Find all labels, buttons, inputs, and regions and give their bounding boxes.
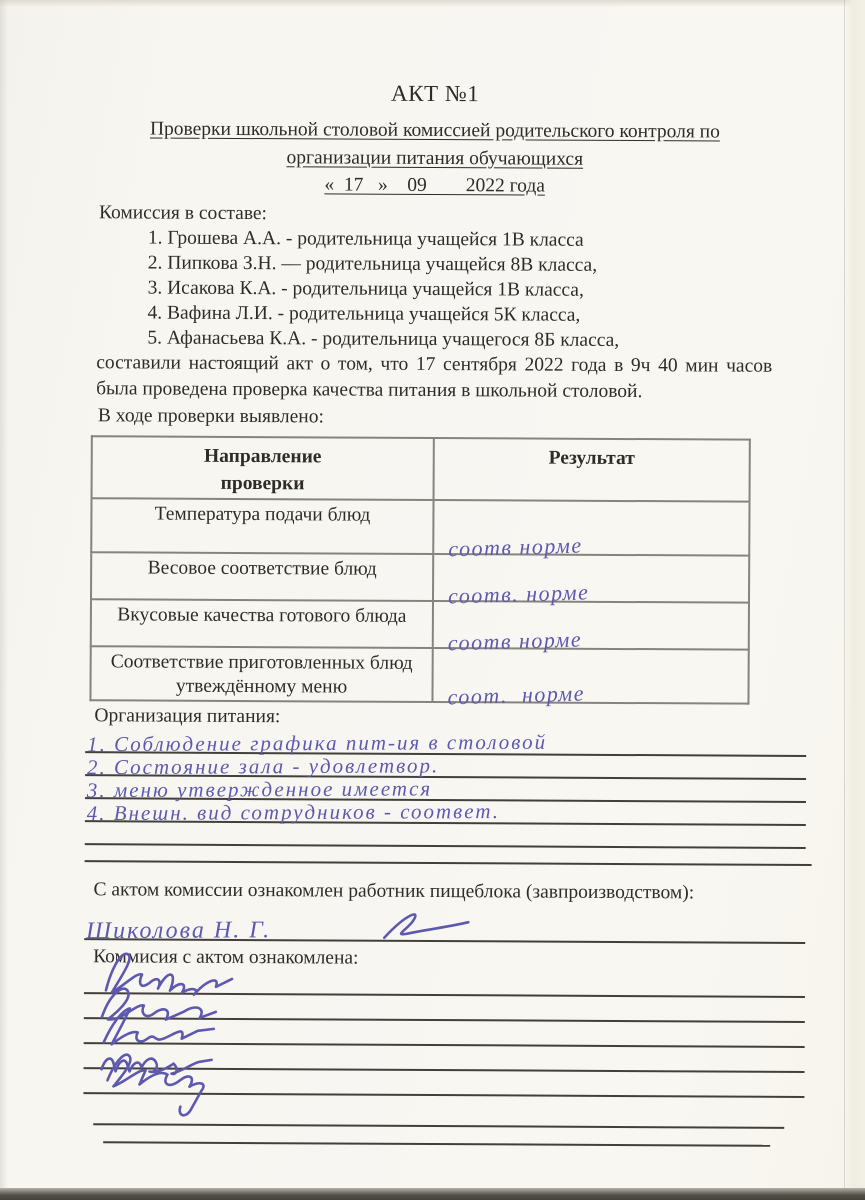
result-cell-1: соотв норме — [433, 500, 749, 556]
document-title: АКТ №1 — [3, 78, 865, 111]
table-row: Температура подачи блюд соотв норме — [91, 498, 749, 555]
result-handwriting-4: соот. норме — [447, 680, 585, 710]
worker-name-handwriting: Шиколова Н. Г. — [86, 917, 271, 945]
act-paragraph: составили настоящий акт о том, что 17 се… — [96, 350, 772, 405]
direction-cell-1: Температура подачи блюд — [91, 498, 433, 554]
date-line: « 17 » 09 2022 года — [2, 170, 865, 202]
worker-signature-scribble — [376, 906, 476, 949]
table-header-row: Направление проверки Результат — [92, 436, 750, 501]
subtitle-line-1: Проверки школьной столовой комиссией род… — [150, 119, 720, 143]
blank-ruled-line — [103, 1125, 770, 1146]
subtitle-line-2: организации питания обучающихся — [286, 147, 583, 170]
findings-table: Направление проверки Результат Температу… — [89, 435, 750, 704]
result-handwriting-3: соотв норме — [447, 626, 582, 656]
commission-member-3: 3. Исакова К.А. - родительница учащейся … — [148, 276, 865, 305]
commission-member-4: 4. Вафина Л.И. - родительница учащейся 5… — [147, 301, 865, 330]
scan-edge-top — [0, 0, 865, 7]
commission-member-5: 5. Афанасьева К.А. - родительница учащег… — [147, 326, 865, 355]
direction-cell-2: Весовое соответствие блюд — [91, 552, 433, 601]
commission-member-2: 2. Пипкова З.Н. — родительница учащейся … — [148, 251, 865, 280]
document-subtitle: Проверки школьной столовой комиссией род… — [2, 115, 865, 175]
table-row: Вкусовые качества готового блюда соотв н… — [91, 599, 749, 649]
date-value: « 17 » 09 2022 года — [324, 174, 545, 196]
table-row: Весовое соответствие блюд соотв. норме — [91, 552, 749, 602]
result-handwriting-2: соотв. норме — [448, 579, 590, 609]
result-handwriting-1: соотв норме — [448, 532, 583, 562]
header-result: Результат — [434, 438, 750, 502]
worker-signature-line: Шиколова Н. Г. — [84, 913, 805, 944]
commission-member-1: 1. Грошева А.А. - родительница учащейся … — [148, 226, 865, 255]
document-content: АКТ №1 Проверки школьной столовой комисс… — [0, 0, 865, 1200]
direction-cell-3: Вкусовые качества готового блюда — [91, 599, 433, 648]
blank-ruled-line — [85, 845, 812, 866]
direction-cell-4: Соответствие приготовленных блюд утвеждё… — [90, 646, 432, 702]
findings-intro: В ходе проверки выявлено: — [98, 403, 865, 432]
scanned-act-document: АКТ №1 Проверки школьной столовой комисс… — [0, 0, 865, 1200]
commission-members-list: 1. Грошева А.А. - родительница учащейся … — [147, 226, 865, 355]
result-cell-4: соот. норме — [432, 648, 748, 704]
scan-edge-bottom — [0, 1188, 865, 1200]
commission-signature-line-5 — [83, 1069, 804, 1098]
table-row: Соответствие приготовленных блюд утвеждё… — [90, 646, 748, 703]
header-direction: Направление проверки — [92, 436, 434, 500]
scan-edge-right — [844, 0, 865, 1200]
acquaintance-text: С актом комиссии ознакомлен работник пищ… — [93, 877, 783, 906]
scan-edge-left — [0, 0, 8, 1200]
